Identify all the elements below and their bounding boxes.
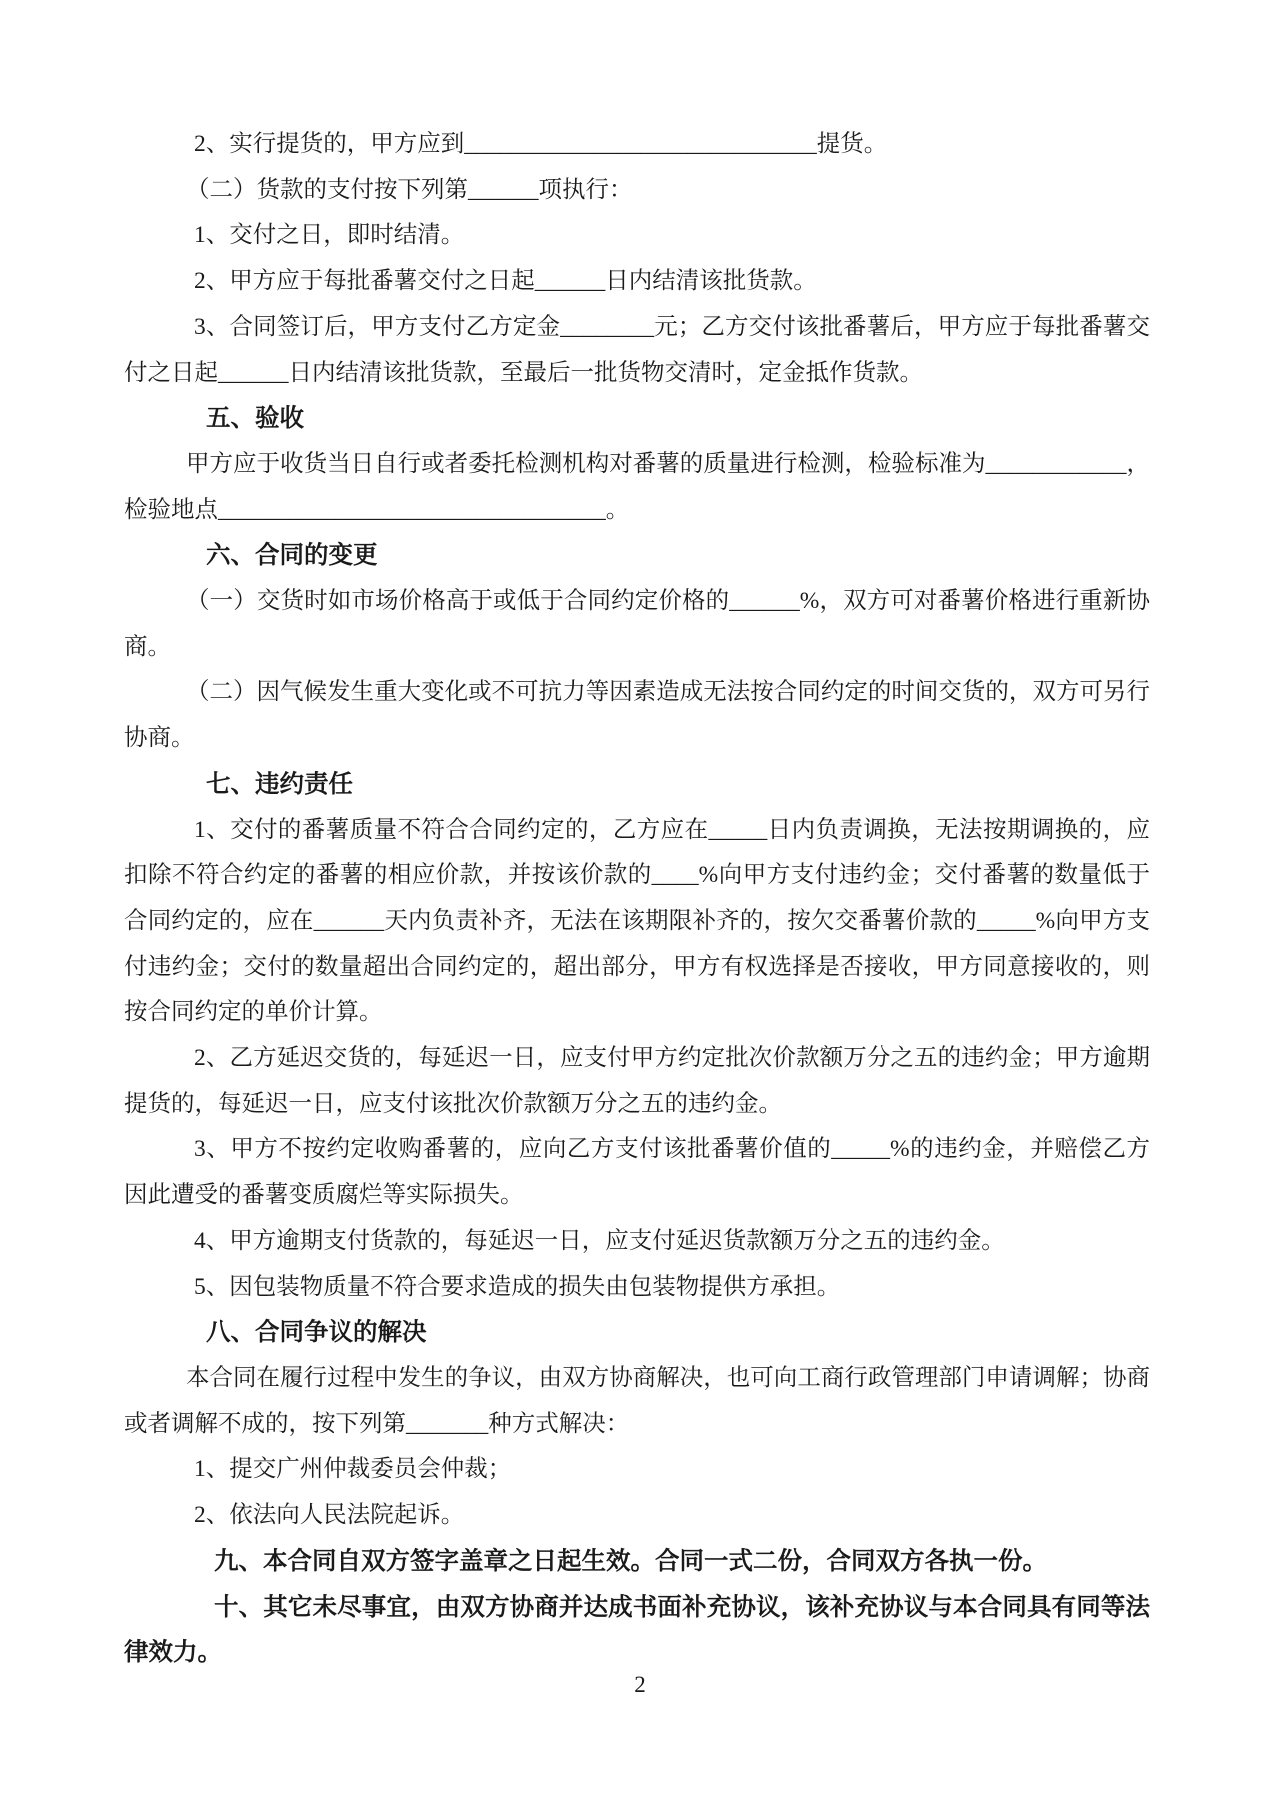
clause-change-1: （一）交货时如市场价格高于或低于合同约定价格的______%，双方可对番薯价格进… <box>124 579 1150 670</box>
heading-breach-liability: 七、违约责任 <box>124 762 1150 808</box>
page-number: 2 <box>0 1672 1280 1698</box>
clause-breach-4: 4、甲方逾期支付货款的，每延迟一日，应支付延迟货款额万分之五的违约金。 <box>124 1219 1150 1265</box>
clause-pickup: 2、实行提货的，甲方应到____________________________… <box>124 122 1150 168</box>
clause-breach-3: 3、甲方不按约定收购番薯的，应向乙方支付该批番薯价值的_____%的违约金，并赔… <box>124 1127 1150 1218</box>
contract-page: 2、实行提货的，甲方应到____________________________… <box>0 0 1280 1810</box>
clause-dispute-option-2: 2、依法向人民法院起诉。 <box>124 1493 1150 1539</box>
clause-effectiveness: 九、本合同自双方签字盖章之日起生效。合同一式二份，合同双方各执一份。 <box>124 1539 1150 1585</box>
clause-breach-2: 2、乙方延迟交货的，每延迟一日，应支付甲方约定批次价款额万分之五的违约金；甲方逾… <box>124 1036 1150 1127</box>
heading-acceptance: 五、验收 <box>124 396 1150 442</box>
clause-change-2: （二）因气候发生重大变化或不可抗力等因素造成无法按合同约定的时间交货的，双方可另… <box>124 670 1150 761</box>
clause-breach-1: 1、交付的番薯质量不符合合同约定的，乙方应在_____日内负责调换，无法按期调换… <box>124 808 1150 1037</box>
clause-supplementary: 十、其它未尽事宜，由双方协商并达成书面补充协议，该补充协议与本合同具有同等法律效… <box>124 1585 1150 1676</box>
clause-dispute-option-1: 1、提交广州仲裁委员会仲裁； <box>124 1447 1150 1493</box>
heading-dispute-resolution: 八、合同争议的解决 <box>124 1310 1150 1356</box>
clause-payment-option-1: 1、交付之日，即时结清。 <box>124 213 1150 259</box>
contract-body: 2、实行提货的，甲方应到____________________________… <box>124 122 1150 1676</box>
clause-payment-option-3: 3、合同签订后，甲方支付乙方定金________元；乙方交付该批番薯后，甲方应于… <box>124 305 1150 396</box>
clause-payment-option-2: 2、甲方应于每批番薯交付之日起______日内结清该批货款。 <box>124 259 1150 305</box>
clause-payment-intro: （二）货款的支付按下列第______项执行： <box>124 168 1150 214</box>
clause-breach-5: 5、因包装物质量不符合要求造成的损失由包装物提供方承担。 <box>124 1265 1150 1311</box>
clause-acceptance: 甲方应于收货当日自行或者委托检测机构对番薯的质量进行检测，检验标准为______… <box>124 442 1150 533</box>
clause-dispute-intro: 本合同在履行过程中发生的争议，由双方协商解决，也可向工商行政管理部门申请调解；协… <box>124 1356 1150 1447</box>
heading-contract-change: 六、合同的变更 <box>124 533 1150 579</box>
